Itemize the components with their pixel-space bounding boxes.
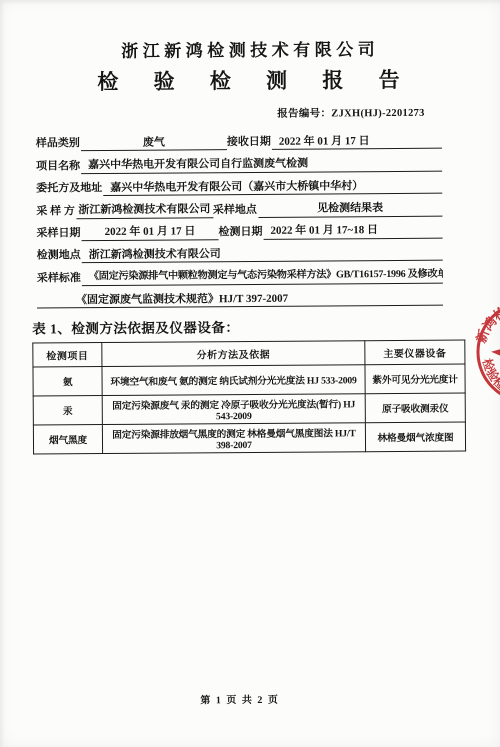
receive-date-label: 接收日期 <box>227 135 272 150</box>
receive-date-value: 2022 年 01 月 17 日 <box>272 134 442 151</box>
test-date-label: 检测日期 <box>218 225 263 240</box>
table-row: 氨 环境空气和废气 氨的测定 纳氏试剂分光光度法 HJ 533-2009 紫外可… <box>33 364 465 396</box>
test-location-label: 检测地点 <box>37 249 82 264</box>
table-row: 汞 固定污染源废气 汞的测定 冷原子吸收分光光度法(暂行) HJ 543-200… <box>33 393 465 425</box>
header-instruments: 主要仪器设备 <box>365 340 465 365</box>
methods-table: 检测项目 分析方法及依据 主要仪器设备 氨 环境空气和废气 氨的测定 纳氏试剂分… <box>32 340 466 455</box>
sample-type-label: 样品类别 <box>36 137 81 152</box>
cell-instrument: 原子吸收测汞仪 <box>365 393 465 423</box>
test-location-value: 浙江新鸿检测技术有限公司 <box>82 245 443 263</box>
field-row-sampler: 采 样 方 浙江新鸿检测技术有限公司 采样地点 见检测结果表 <box>36 194 442 219</box>
cell-item: 氨 <box>33 367 102 396</box>
report-number-label: 报告编号： <box>277 108 331 119</box>
cell-instrument: 紫外可见分光光度计 <box>365 364 465 394</box>
standard-indent <box>37 307 69 308</box>
field-row-client: 委托方及地址 嘉兴中华热电开发有限公司（嘉兴市大桥镇中华村） <box>36 171 442 196</box>
field-row-test-location: 检测地点 浙江新鸿检测技术有限公司 <box>37 239 443 264</box>
sampler-value: 浙江新鸿检测技术有限公司 <box>76 202 213 218</box>
cell-method: 固定污染源排放烟气黑度的测定 林格曼烟气黑度图法 HJ/T 398-2007 <box>102 423 365 454</box>
cell-instrument: 林格曼烟气浓度图 <box>365 422 465 452</box>
client-label: 委托方及地址 <box>36 181 103 196</box>
table-title: 表 1、检测方法依据及仪器设备： <box>32 314 500 337</box>
sampler-label: 采 样 方 <box>36 204 76 219</box>
sampling-date-value: 2022 年 01 月 17 日 <box>81 225 218 241</box>
report-fields: 样品类别 废气 接收日期 2022 年 01 月 17 日 项目名称 嘉兴中华热… <box>36 127 443 309</box>
company-name: 浙江新鸿检测技术有限公司 <box>0 34 498 62</box>
table-header-row: 检测项目 分析方法及依据 主要仪器设备 <box>33 340 465 367</box>
header-method-basis: 分析方法及依据 <box>102 341 365 367</box>
field-row-dates: 采样日期 2022 年 01 月 17 日 检测日期 2022 年 01 月 1… <box>36 216 442 241</box>
sample-type-value: 废气 <box>81 135 227 152</box>
table-row: 烟气黑度 固定污染源排放烟气黑度的测定 林格曼烟气黑度图法 HJ/T 398-2… <box>33 422 465 454</box>
field-row-sample-type: 样品类别 废气 接收日期 2022 年 01 月 17 日 <box>36 127 442 152</box>
standard-value-line1: 《固定污染源排气中颗粒物测定与气态污染物采样方法》GB/T16157-1996 … <box>82 268 443 286</box>
cell-item: 烟气黑度 <box>33 425 102 454</box>
report-number-line: 报告编号：ZJXH(HJ)-2201273 <box>0 104 499 122</box>
project-value: 嘉兴中华热电开发有限公司自行监测废气检测 <box>81 156 442 174</box>
scanned-document: 浙江新鸿检测技术有限公司 检 验 检 测 报 告 报告编号：ZJXH(HJ)-2… <box>0 0 500 747</box>
report-page: 浙江新鸿检测技术有限公司 检 验 检 测 报 告 报告编号：ZJXH(HJ)-2… <box>0 0 500 747</box>
field-row-project: 项目名称 嘉兴中华热电开发有限公司自行监测废气检测 <box>36 149 442 174</box>
page-footer: 第 1 页 共 2 页 <box>0 689 490 707</box>
header-test-item: 检测项目 <box>33 343 102 367</box>
standard-value-line2: 《固定源废气监测技术规范》HJ/T 397-2007 <box>69 290 443 308</box>
document-title: 检 验 检 测 报 告 <box>0 63 499 96</box>
field-row-standard-2: 《固定源废气监测技术规范》HJ/T 397-2007 <box>37 283 443 308</box>
client-value: 嘉兴中华热电开发有限公司（嘉兴市大桥镇中华村） <box>103 178 442 196</box>
test-date-value: 2022 年 01 月 17~18 日 <box>263 223 442 240</box>
field-row-standard-1: 采样标准 《固定污染源排气中颗粒物测定与气态污染物采样方法》GB/T16157-… <box>37 261 443 286</box>
cell-method: 环境空气和废气 氨的测定 纳氏试剂分光光度法 HJ 533-2009 <box>102 365 365 396</box>
sampling-site-label: 采样地点 <box>213 203 258 218</box>
report-number-value: ZJXH(HJ)-2201273 <box>331 108 425 120</box>
cell-method: 固定污染源废气 汞的测定 冷原子吸收分光光度法(暂行) HJ 543-2009 <box>102 394 365 425</box>
project-label: 项目名称 <box>36 159 81 174</box>
cell-item: 汞 <box>33 396 102 425</box>
sampling-date-label: 采样日期 <box>36 226 81 241</box>
sampling-site-value: 见检测结果表 <box>258 201 443 218</box>
standard-label: 采样标准 <box>37 271 82 286</box>
